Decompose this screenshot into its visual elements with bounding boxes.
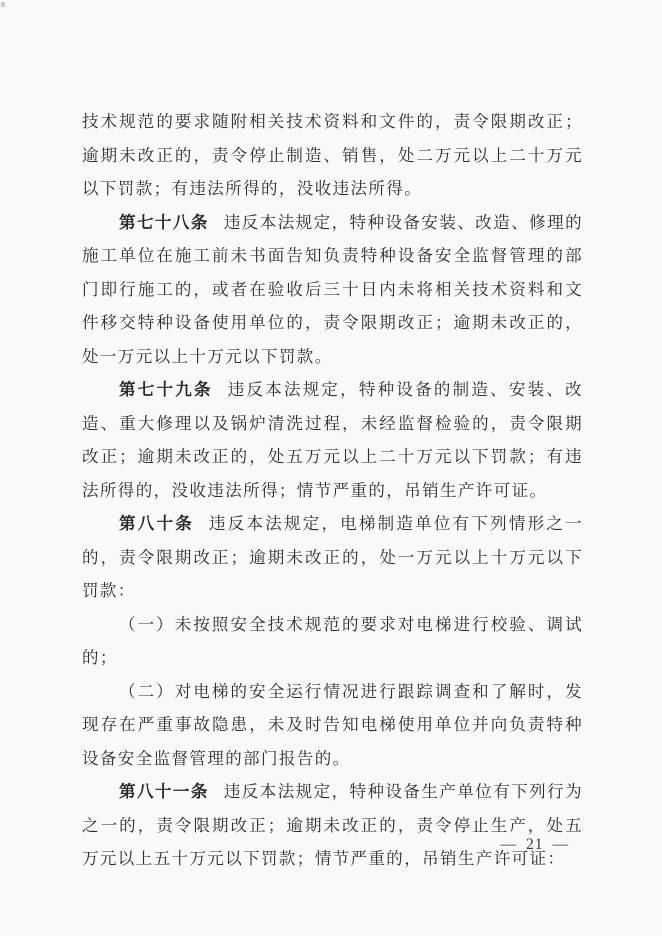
article-79-paragraph: 第七十九条违反本法规定，特种设备的制造、安装、改造、重大修理以及锅炉清洗过程，未… bbox=[82, 373, 583, 507]
paragraph-text: 技术规范的要求随附相关技术资料和文件的，责令限期改正；逾期未改正的，责令停止制造… bbox=[82, 112, 583, 198]
footer-dash-right: — bbox=[553, 836, 570, 853]
list-item-2: （二）对电梯的安全运行情况进行跟踪调查和了解时，发现存在严重事故隐患，未及时告知… bbox=[82, 675, 583, 776]
footer-dash-left: — bbox=[501, 836, 518, 853]
page-footer: —21— bbox=[501, 836, 570, 854]
article-body: 违反本法规定，特种设备安装、改造、修理的施工单位在施工前未书面告知负责特种设备安… bbox=[82, 213, 583, 366]
document-page: 技术规范的要求随附相关技术资料和文件的，责令限期改正；逾期未改正的，责令停止制造… bbox=[0, 0, 662, 936]
article-81-paragraph: 第八十一条违反本法规定，特种设备生产单位有下列行为之一的，责令限期改正；逾期未改… bbox=[82, 775, 583, 876]
list-item-text: （二）对电梯的安全运行情况进行跟踪调查和了解时，发现存在严重事故隐患，未及时告知… bbox=[82, 682, 583, 768]
article-number: 第八十一条 bbox=[119, 782, 209, 801]
article-80-paragraph: 第八十条违反本法规定，电梯制造单位有下列情形之一的，责令限期改正；逾期未改正的，… bbox=[82, 507, 583, 608]
list-item-1: （一）未按照安全技术规范的要求对电梯进行校验、调试的； bbox=[82, 608, 583, 675]
paragraph-continuation: 技术规范的要求随附相关技术资料和文件的，责令限期改正；逾期未改正的，责令停止制造… bbox=[82, 105, 583, 206]
article-number: 第七十八条 bbox=[119, 213, 209, 232]
text-content: 技术规范的要求随附相关技术资料和文件的，责令限期改正；逾期未改正的，责令停止制造… bbox=[82, 105, 583, 876]
article-78-paragraph: 第七十八条违反本法规定，特种设备安装、改造、修理的施工单位在施工前未书面告知负责… bbox=[82, 206, 583, 374]
list-item-text: （一）未按照安全技术规范的要求对电梯进行校验、调试的； bbox=[82, 615, 583, 668]
page-number: 21 bbox=[526, 836, 544, 853]
article-number: 第七十九条 bbox=[119, 380, 213, 399]
article-number: 第八十条 bbox=[119, 514, 194, 533]
